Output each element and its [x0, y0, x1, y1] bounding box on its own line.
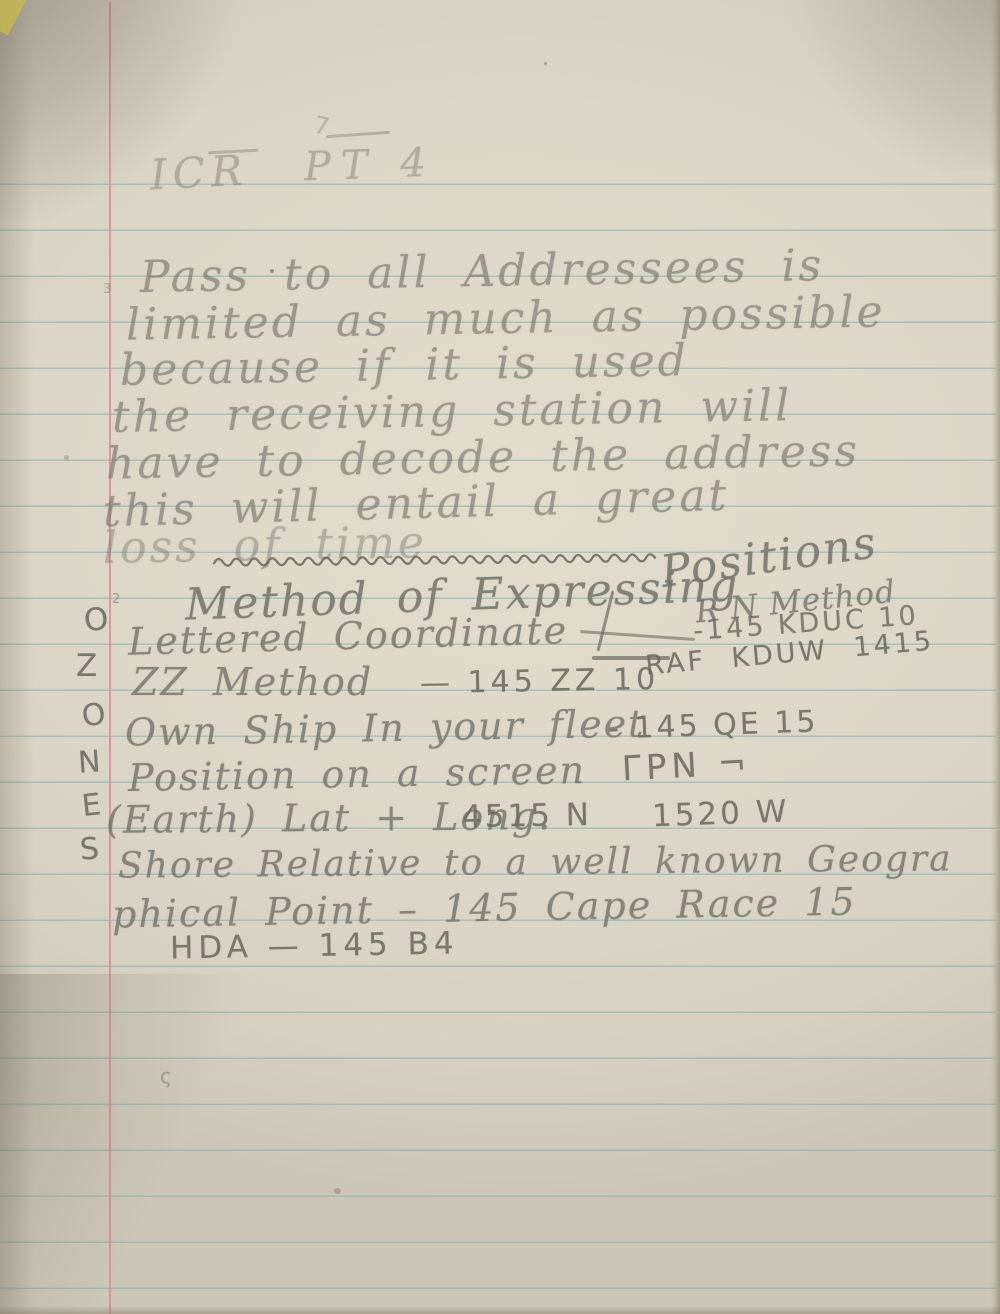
- entry-zz-value: — 145 ZZ 10: [420, 662, 660, 701]
- rust-speck: [64, 455, 69, 460]
- margin-letter: N: [77, 744, 102, 780]
- entry-position-screen-value: ΓPN ¬: [621, 743, 752, 790]
- entry-hda: HDA — 145 B4: [170, 925, 459, 966]
- rust-speck: [334, 1188, 341, 1194]
- notebook-page: ICR PT 4 7 Pass to all Addressees is lim…: [0, 0, 1000, 1314]
- entry-own-ship: Own Ship In your fleet: [125, 701, 646, 754]
- entry-earth-long: 1520 W: [651, 794, 790, 835]
- heading-left: ICR: [149, 145, 250, 199]
- margin-letter: O: [82, 601, 110, 639]
- pencil-dot: [544, 62, 547, 65]
- margin-letter: Z: [76, 648, 97, 684]
- underscore-mark: [592, 656, 670, 660]
- margin-letter: O: [80, 697, 108, 735]
- margin-letter: S: [79, 831, 100, 867]
- stray-mark: ς: [160, 1064, 172, 1088]
- entry-own-ship-value: - 145 QE 15: [607, 704, 819, 746]
- stray-mark: 2: [112, 592, 120, 607]
- margin-line: [109, 2, 111, 1314]
- margin-letter: E: [80, 787, 103, 824]
- cover-corner: [0, 0, 28, 35]
- overbar-mark: [326, 131, 390, 138]
- entry-position-screen: Position on a screen: [128, 748, 587, 800]
- heading-right: PT 4: [303, 140, 436, 191]
- entry-earth-lat: 4515 N: [462, 797, 593, 835]
- entry-zz-method: ZZ Method: [132, 660, 373, 704]
- stray-mark: 3: [103, 282, 111, 297]
